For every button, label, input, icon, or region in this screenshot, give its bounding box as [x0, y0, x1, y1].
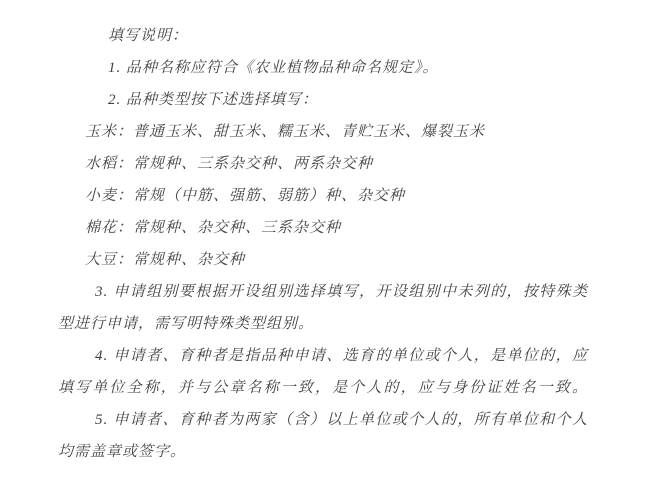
- crop-row-corn: 玉米：普通玉米、甜玉米、糯玉米、青贮玉米、爆裂玉米: [58, 116, 588, 148]
- instructions-block: 填写说明： 1. 品种名称应符合《农业植物品种命名规定》。 2. 品种类型按下述…: [0, 0, 650, 468]
- section-heading: 填写说明：: [58, 20, 588, 52]
- instruction-item-5-line-1: 5. 申请者、育种者为两家（含）以上单位或个人的，所有单位和个人: [58, 404, 588, 436]
- crop-row-cotton: 棉花：常规种、杂交种、三系杂交种: [58, 212, 588, 244]
- crop-row-rice: 水稻：常规种、三系杂交种、两系杂交种: [58, 148, 588, 180]
- instruction-item-1: 1. 品种名称应符合《农业植物品种命名规定》。: [58, 52, 588, 84]
- crop-row-wheat: 小麦：常规（中筋、强筋、弱筋）种、杂交种: [58, 180, 588, 212]
- crop-row-soybean: 大豆：常规种、杂交种: [58, 244, 588, 276]
- instruction-item-3-line-2: 型进行申请，需写明特殊类型组别。: [58, 308, 588, 340]
- instruction-item-5-line-2: 均需盖章或签字。: [58, 436, 588, 468]
- document-page: 填写说明： 1. 品种名称应符合《农业植物品种命名规定》。 2. 品种类型按下述…: [0, 0, 650, 489]
- instruction-item-2: 2. 品种类型按下述选择填写：: [58, 84, 588, 116]
- instruction-item-4-line-2: 填写单位全称，并与公章名称一致，是个人的，应与身份证姓名一致。: [58, 372, 588, 404]
- instruction-item-3-line-1: 3. 申请组别要根据开设组别选择填写，开设组别中未列的，按特殊类: [58, 276, 588, 308]
- instruction-item-4-line-1: 4. 申请者、育种者是指品种申请、选育的单位或个人，是单位的，应: [58, 340, 588, 372]
